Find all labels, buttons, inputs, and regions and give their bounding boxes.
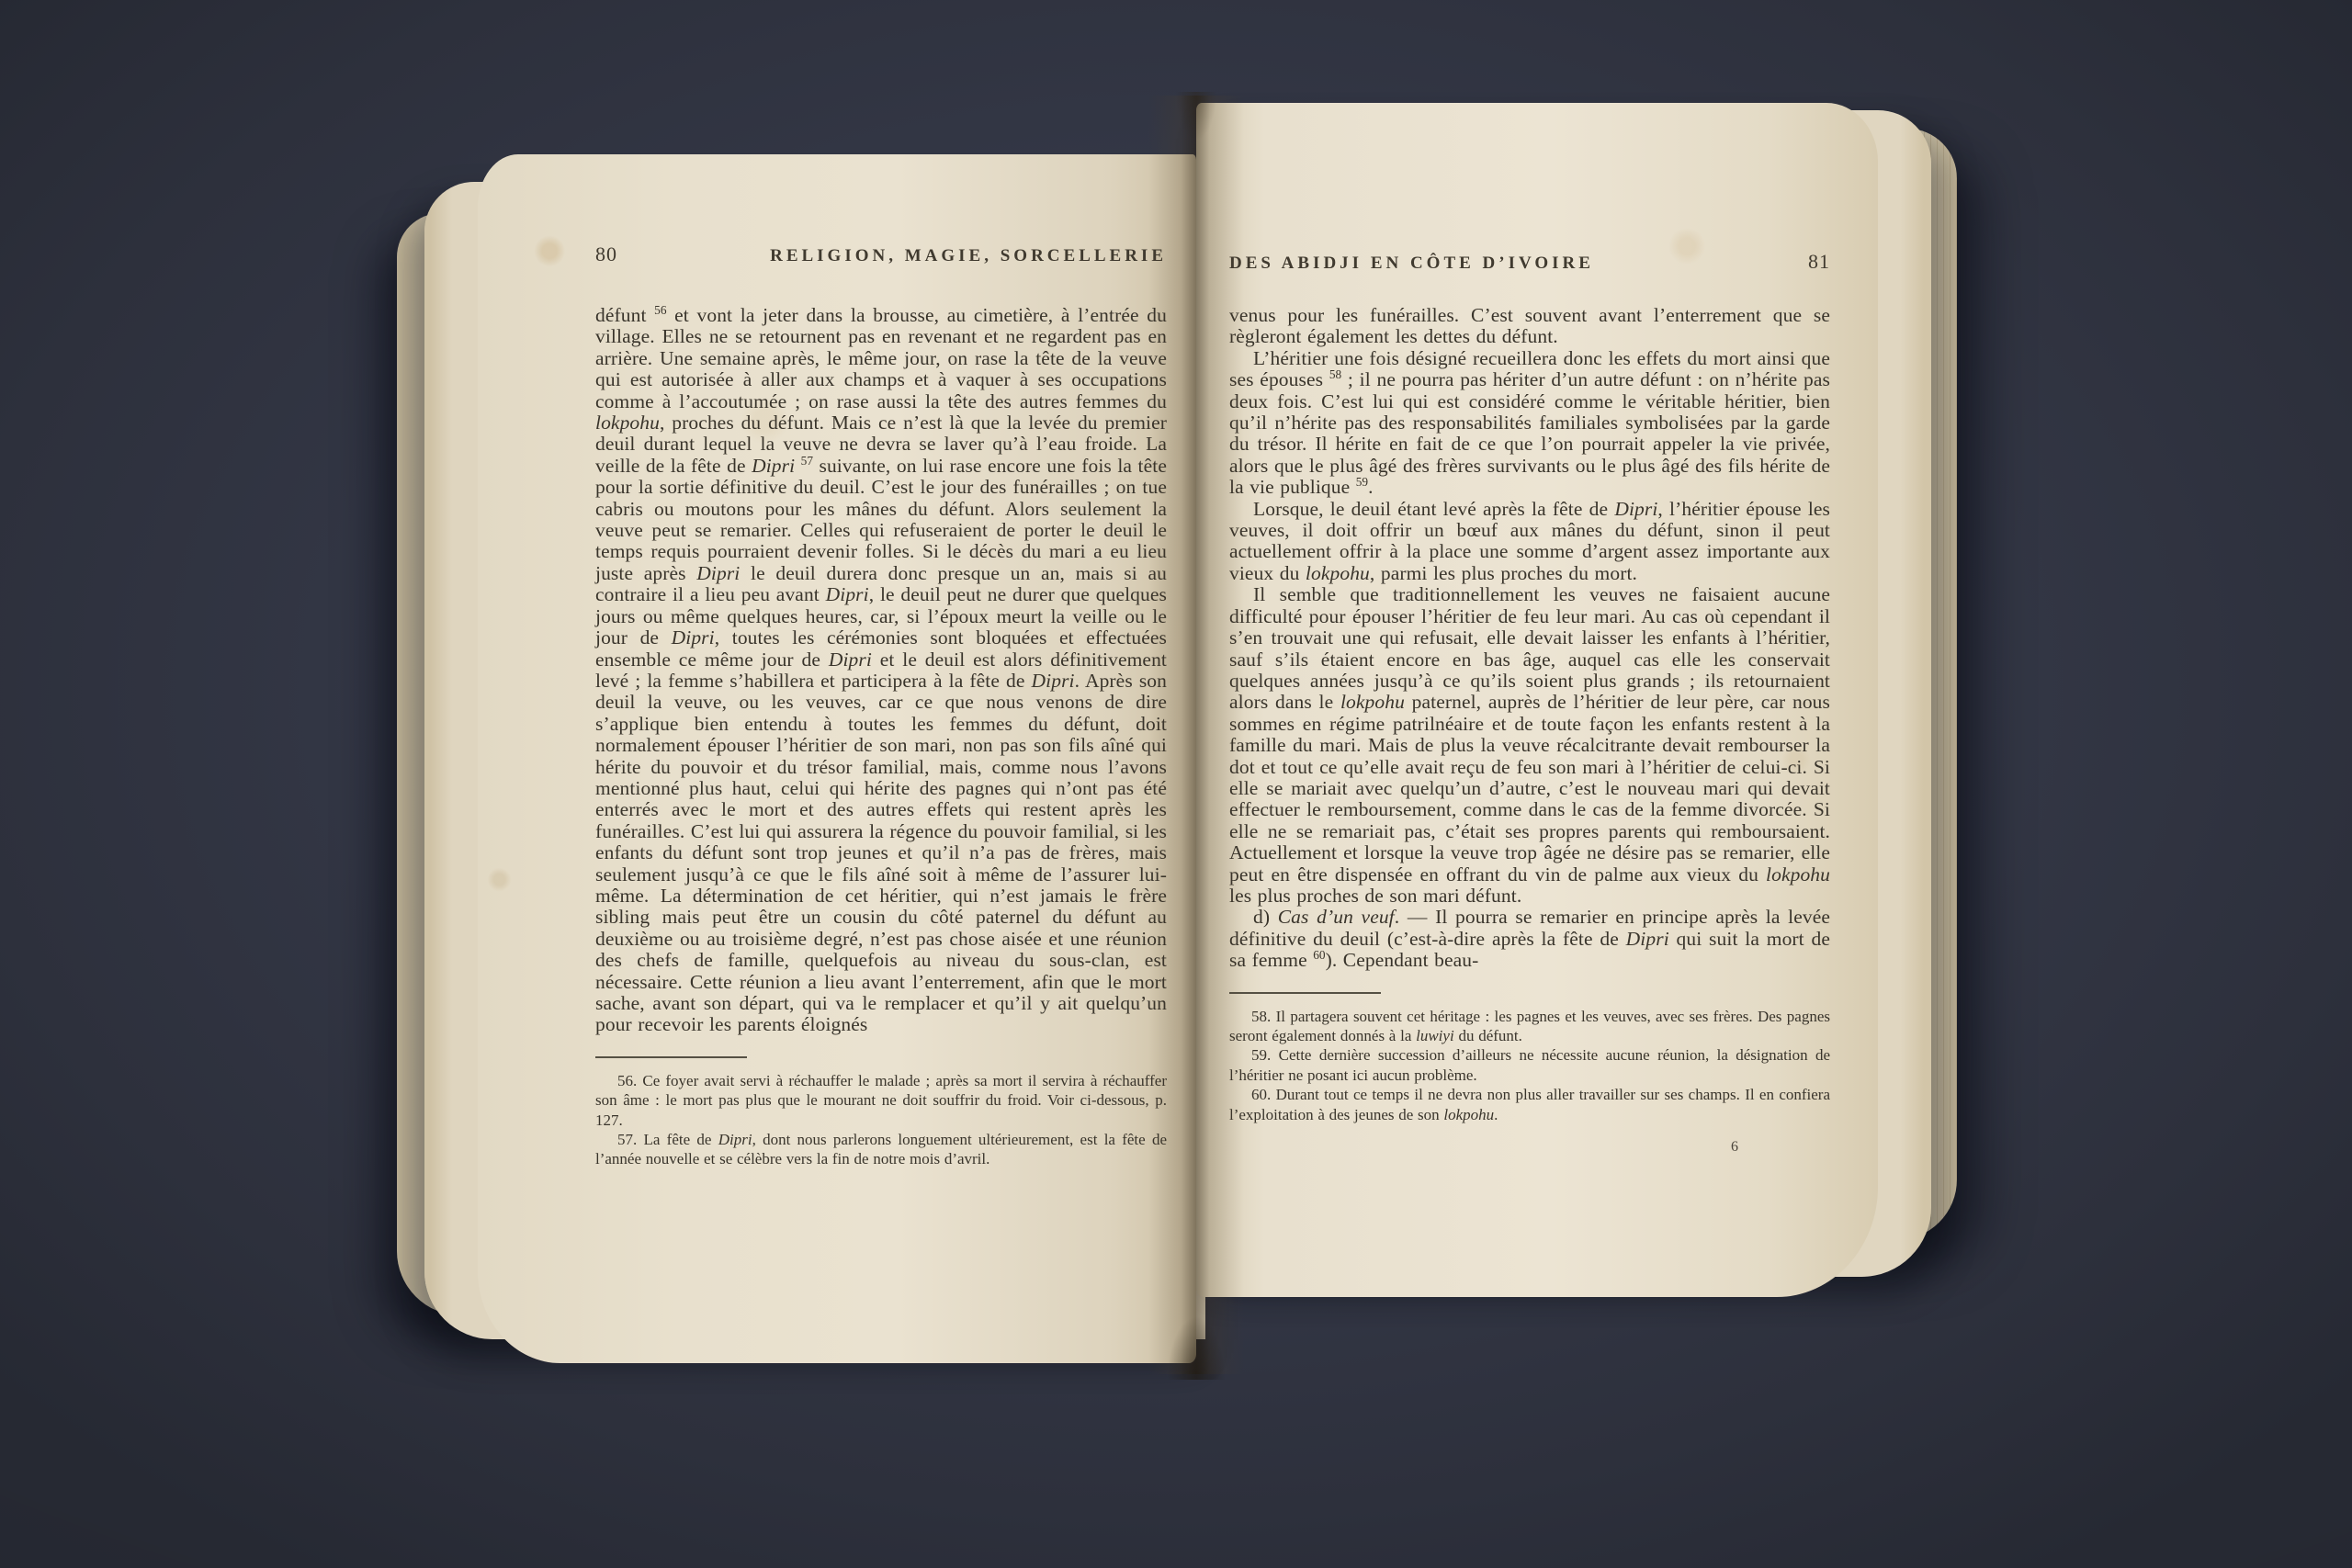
open-book: 80 RELIGION, MAGIE, SORCELLERIE défunt 5… bbox=[0, 0, 2352, 1568]
left-page-footnotes: 56. Ce foyer avait servi à réchauffer le… bbox=[595, 1071, 1167, 1169]
body-paragraph: L’héritier une fois désigné recueillera … bbox=[1229, 348, 1830, 499]
footnote-separator bbox=[595, 1056, 747, 1058]
body-paragraph: Lorsque, le deuil étant levé après la fê… bbox=[1229, 499, 1830, 585]
footnote: 57. La fête de Dipri, dont nous parleron… bbox=[595, 1130, 1167, 1169]
footnote: 56. Ce foyer avait servi à réchauffer le… bbox=[595, 1071, 1167, 1130]
body-paragraph: d) Cas d’un veuf. — Il pourra se remarie… bbox=[1229, 907, 1830, 971]
right-page-footnotes: 58. Il partagera souvent cet héritage : … bbox=[1229, 1007, 1830, 1124]
footnote-separator bbox=[1229, 992, 1381, 994]
left-page-body: défunt 56 et vont la jeter dans la brous… bbox=[595, 305, 1167, 1036]
right-page-number: 81 bbox=[1808, 250, 1830, 274]
left-page: 80 RELIGION, MAGIE, SORCELLERIE défunt 5… bbox=[478, 154, 1196, 1363]
right-running-title: DES ABIDJI EN CÔTE D’IVOIRE bbox=[1229, 254, 1594, 274]
footnote: 58. Il partagera souvent cet héritage : … bbox=[1229, 1007, 1830, 1046]
right-page-header: DES ABIDJI EN CÔTE D’IVOIRE 81 bbox=[1229, 250, 1830, 274]
footnote: 59. Cette dernière succession d’ailleurs… bbox=[1229, 1045, 1830, 1085]
body-paragraph: venus pour les funérailles. C’est souven… bbox=[1229, 305, 1830, 348]
right-page: DES ABIDJI EN CÔTE D’IVOIRE 81 venus pou… bbox=[1196, 103, 1878, 1297]
left-page-header: 80 RELIGION, MAGIE, SORCELLERIE bbox=[595, 243, 1167, 266]
left-page-number: 80 bbox=[595, 243, 617, 266]
footnote: 60. Durant tout ce temps il ne devra non… bbox=[1229, 1085, 1830, 1124]
right-page-body: venus pour les funérailles. C’est souven… bbox=[1229, 305, 1830, 972]
body-paragraph: défunt 56 et vont la jeter dans la brous… bbox=[595, 305, 1167, 1036]
photo-backdrop: 80 RELIGION, MAGIE, SORCELLERIE défunt 5… bbox=[0, 0, 2352, 1568]
body-paragraph: Il semble que traditionnellement les veu… bbox=[1229, 584, 1830, 907]
left-running-title: RELIGION, MAGIE, SORCELLERIE bbox=[770, 246, 1167, 266]
signature-mark: 6 bbox=[1229, 1139, 1830, 1156]
